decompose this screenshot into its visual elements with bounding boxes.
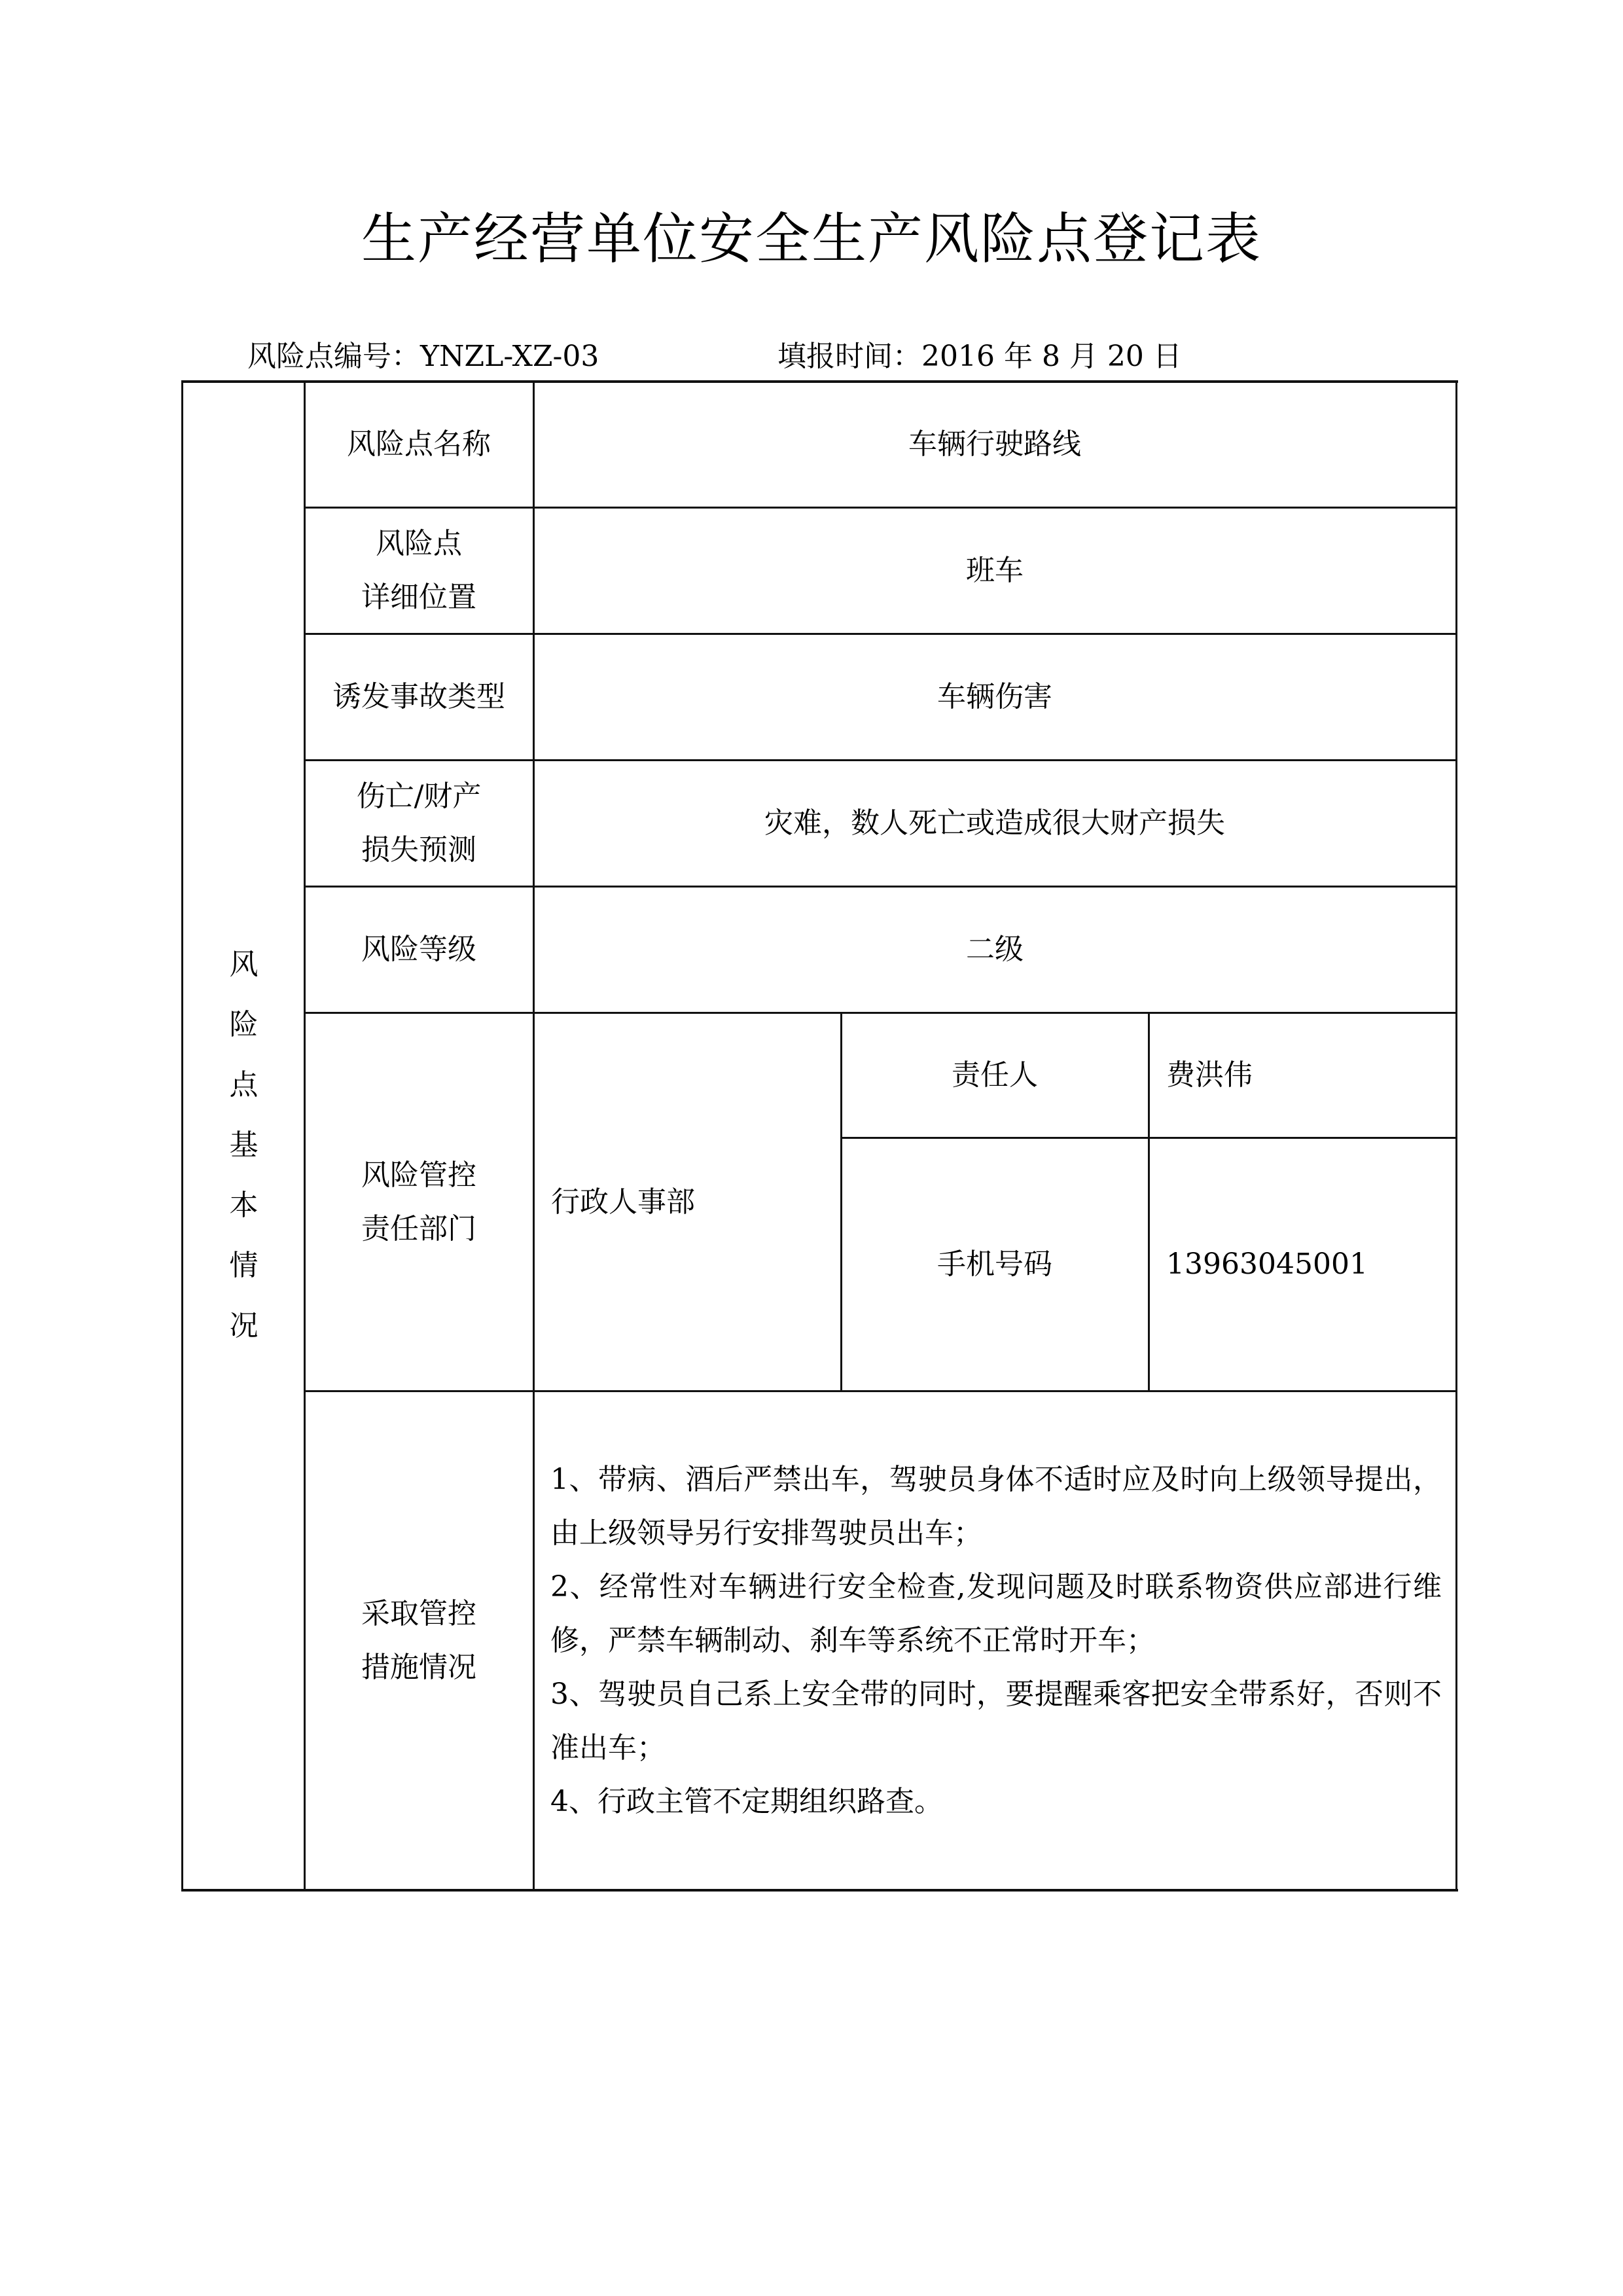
- report-date: 填报时间：2016 年 8 月 20 日: [777, 337, 1182, 376]
- label-line: 采取管控: [361, 1587, 476, 1641]
- value-responsible-person: 费洪伟: [1149, 1014, 1455, 1137]
- label-responsible-department: 风险管控 责任部门: [305, 1014, 533, 1390]
- section-label-basic-info: 风 险 点 基 本 情 况: [183, 916, 304, 1374]
- label-line: 措施情况: [361, 1641, 476, 1695]
- label-line: 伤亡/财产: [357, 770, 482, 823]
- label-risk-point-location: 风险点 详细位置: [305, 509, 533, 633]
- label-control-measures: 采取管控 措施情况: [305, 1392, 533, 1890]
- section-label-char: 风: [230, 935, 259, 995]
- value-risk-point-location: 班车: [534, 509, 1455, 633]
- label-line: 风险管控: [361, 1149, 476, 1202]
- document-title: 生产经营单位安全生产风险点登记表: [0, 203, 1623, 275]
- report-date-value: 2016 年 8 月 20 日: [921, 340, 1182, 373]
- value-loss-prediction: 灾难，数人死亡或造成很大财产损失: [534, 761, 1455, 886]
- label-loss-prediction: 伤亡/财产 损失预测: [305, 761, 533, 886]
- measure-item: 3、驾驶员自己系上安全带的同时，要提醒乘客把安全带系好，否则不准出车；: [550, 1668, 1442, 1775]
- value-responsible-department: 行政人事部: [534, 1014, 840, 1390]
- label-line: 详细位置: [361, 571, 476, 624]
- value-control-measures: 1、带病、酒后严禁出车，驾驶员身体不适时应及时向上级领导提出，由上级领导另行安排…: [533, 1391, 1456, 1890]
- report-date-label: 填报时间：: [777, 340, 921, 373]
- measure-item: 1、带病、酒后严禁出车，驾驶员身体不适时应及时向上级领导提出，由上级领导另行安排…: [550, 1453, 1442, 1560]
- label-line: 责任部门: [361, 1202, 476, 1256]
- label-responsible-person: 责任人: [842, 1014, 1148, 1137]
- label-risk-level: 风险等级: [305, 888, 533, 1012]
- risk-point-code-label: 风险点编号：: [247, 340, 420, 373]
- section-label-char: 险: [230, 995, 259, 1055]
- label-phone: 手机号码: [842, 1139, 1148, 1390]
- label-line: 风险点: [376, 517, 462, 571]
- measure-item: 4、行政主管不定期组织路查。: [550, 1775, 1442, 1829]
- section-label-char: 情: [230, 1236, 259, 1296]
- value-phone: 13963045001: [1149, 1139, 1455, 1390]
- measure-item: 2、经常性对车辆进行安全检查,发现问题及时联系物资供应部进行维修，严禁车辆制动、…: [550, 1560, 1442, 1668]
- value-risk-level: 二级: [534, 888, 1455, 1012]
- label-line: 损失预测: [361, 823, 476, 877]
- label-risk-point-name: 风险点名称: [305, 382, 533, 507]
- risk-point-code: 风险点编号：YNZL-XZ-03: [247, 337, 599, 376]
- section-label-char: 况: [230, 1296, 259, 1356]
- label-accident-type: 诱发事故类型: [305, 635, 533, 759]
- value-accident-type: 车辆伤害: [534, 635, 1455, 759]
- section-label-char: 点: [230, 1055, 259, 1115]
- section-label-char: 本: [230, 1175, 259, 1236]
- risk-point-code-value: YNZL-XZ-03: [420, 340, 599, 373]
- value-risk-point-name: 车辆行驶路线: [534, 382, 1455, 507]
- section-label-char: 基: [230, 1115, 259, 1175]
